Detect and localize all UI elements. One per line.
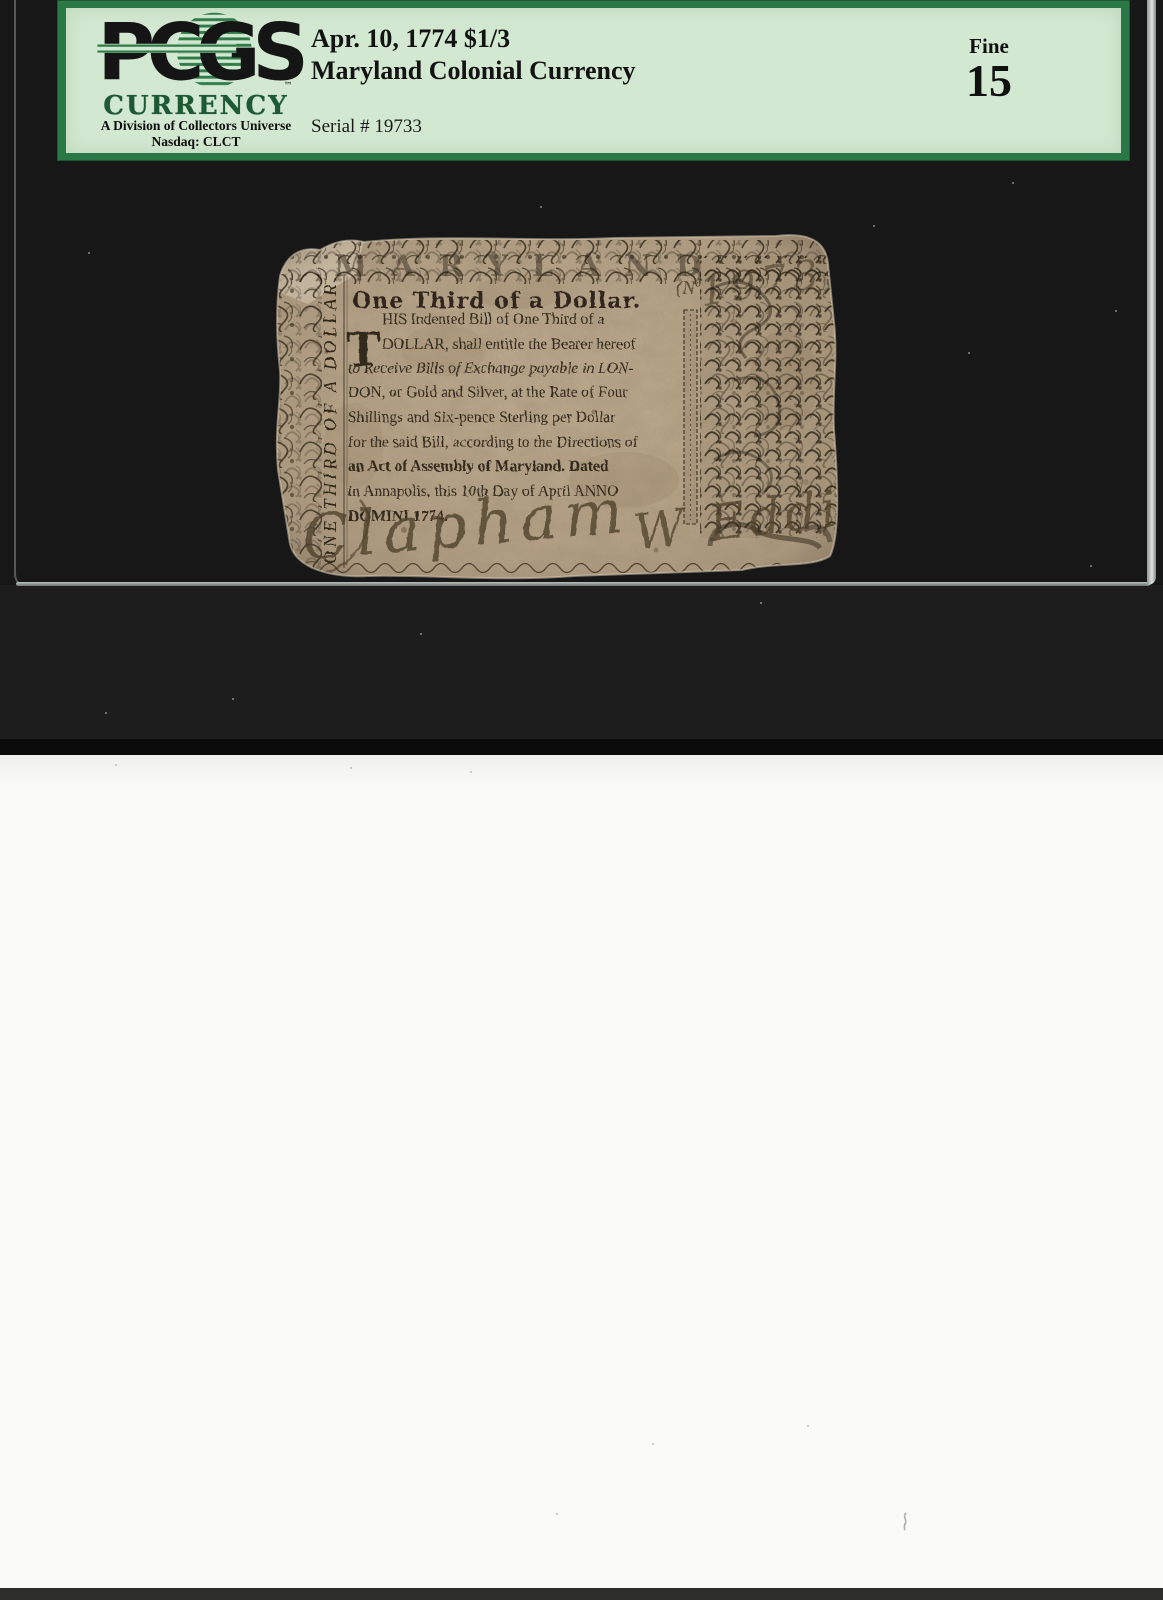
dust-speck: [88, 252, 90, 254]
slab-bottom-edge: [16, 582, 1150, 586]
pcgs-logo-block: PCGS ™ CURRENCY A Division of Collectors…: [76, 10, 316, 150]
dust-speck: [873, 225, 875, 227]
slab-right-edge: [1147, 0, 1156, 585]
dust-speck: [470, 771, 472, 773]
label-title-line2: Maryland Colonial Currency: [311, 56, 636, 86]
dust-speck: [232, 698, 234, 700]
pcgs-logo: PCGS ™: [86, 10, 306, 94]
scan-bottom-edge: [0, 1588, 1163, 1600]
dust-speck: [556, 1513, 558, 1515]
graded-currency-photo: PCGS ™ CURRENCY A Division of Collectors…: [0, 0, 1163, 1600]
dust-speck: [350, 767, 352, 769]
dust-speck: [105, 712, 107, 714]
white-backing-sheet: [0, 755, 1163, 1588]
currency-wordmark: CURRENCY: [76, 94, 316, 118]
nasdaq-text: Nasdaq: CLCT: [76, 134, 316, 150]
black-card: [0, 585, 1163, 755]
dust-speck: [807, 1425, 809, 1427]
black-card-edge: [0, 739, 1163, 755]
label-serial: Serial # 19733: [311, 116, 422, 138]
dust-speck: [115, 764, 117, 766]
label-title-line1: Apr. 10, 1774 $1/3: [311, 24, 510, 54]
grade-block: Fine 15: [904, 34, 1074, 103]
dust-speck: [1115, 310, 1117, 312]
holder-background: PCGS ™ CURRENCY A Division of Collectors…: [0, 0, 1163, 755]
grade-number: 15: [904, 59, 1074, 103]
colonial-banknote: MARYLAND ONE THIRD OF A DOLLAR. One Thir…: [264, 230, 852, 582]
pcgs-grading-label: PCGS ™ CURRENCY A Division of Collectors…: [57, 0, 1130, 161]
dust-speck: [760, 602, 762, 604]
dust-speck: [1090, 565, 1092, 567]
division-text: A Division of Collectors Universe: [76, 118, 316, 134]
dust-speck: [540, 206, 542, 208]
pencil-mark: [898, 1511, 912, 1531]
pcgs-label-inner: PCGS ™ CURRENCY A Division of Collectors…: [66, 8, 1121, 153]
dust-speck: [652, 1443, 654, 1445]
dust-speck: [420, 633, 422, 635]
dust-speck: [968, 352, 970, 354]
dust-speck: [1012, 182, 1014, 184]
